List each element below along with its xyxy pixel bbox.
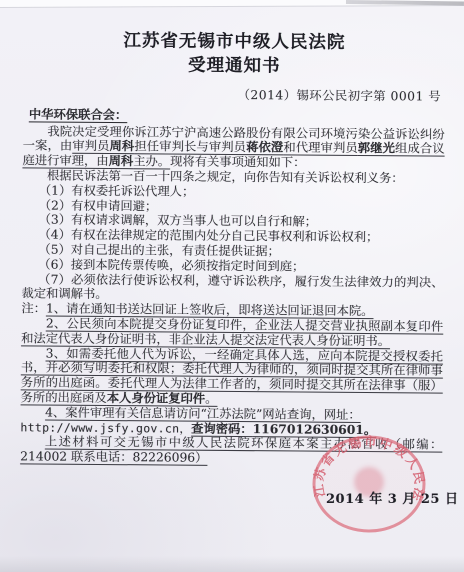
text-segment: 2、公民须向本院提交身份证复印件，企业法人提交营业执照副本复印件和法定代表人身份… — [21, 316, 443, 348]
text-segment: （2）有权申请回避； — [39, 198, 158, 213]
text-segment: 蒋依澄 — [246, 139, 283, 154]
document-body: 我院决定受理你诉江苏宁沪高速公路股份有限公司环境污染公益诉讼纠纷一案，由审判员周… — [20, 124, 445, 468]
note-3: 3、如需委托他人代为诉讼，一经确定具体人选，应向本院提交授权委托书，并必须写明委… — [21, 346, 443, 409]
text-segment: 。 — [205, 392, 217, 406]
document-title: 受理通知书 — [23, 52, 445, 79]
text-segment: （4）有权在法律规定的范围内处分自己民事权利和诉讼权利； — [38, 228, 378, 245]
text-segment: http://www.jsfy.gov.cn， — [20, 420, 191, 435]
notice-document: 江苏省无锡市中级人民法院 受理通知书 （2014）锡环公民初字第 0001 号 … — [0, 0, 464, 572]
text-segment: （1）有权委托诉讼代理人； — [39, 183, 194, 198]
text-segment: 周科 — [109, 138, 134, 153]
text-segment: 3、如需委托他人代为诉讼，一经确定具体人选，应向本院提交授权委托书，并必须写明委… — [21, 346, 443, 405]
text-segment: 和代理审判员 — [283, 141, 358, 156]
text-segment: 本人身份证复印件 — [107, 390, 206, 406]
text-segment: 周科 — [109, 153, 134, 168]
text-segment: （6）接到本院传票传唤，必须按指定时间到庭； — [38, 257, 304, 273]
court-name: 江苏省无锡市中级人民法院 — [23, 28, 445, 55]
text-segment: 1、请在通知书送达回证上签收后，即将送达回证退回本院。 — [46, 302, 374, 319]
text-segment: （3）有权请求调解，双方当事人也可以自行和解； — [39, 213, 317, 229]
acceptance-paragraph: 我院决定受理你诉江苏宁沪高速公路股份有限公司环境污染公益诉讼纠纷一案，由审判员周… — [22, 124, 444, 172]
text-segment: 查询密码： — [191, 420, 253, 435]
scan-edge-bottom — [0, 556, 464, 572]
issue-date: 2014 年 3 月 25 日 — [326, 488, 458, 507]
text-segment: 现将有关事项通知如下： — [170, 155, 305, 170]
case-number: （2014）锡环公民初字第 0001 号 — [23, 86, 445, 104]
text-segment: 主办。 — [133, 154, 170, 168]
text-segment: 担任审判长与审判员 — [134, 140, 246, 155]
text-segment: 1167012630601。 — [253, 421, 377, 437]
text-segment: 4、案件审理有关信息请访问“江苏法院”网站查询，网址： — [45, 405, 361, 421]
text-segment: 郭继光 — [358, 140, 395, 155]
text-segment: 注： — [21, 302, 46, 316]
text-segment: 审判员 — [72, 139, 109, 153]
note-2: 2、公民须向本院提交身份证复印件，企业法人提交营业执照副本复印件和法定代表人身份… — [21, 316, 443, 349]
text-segment: （5）对自己提出的主张，有责任提供证据； — [38, 242, 280, 258]
addressee-line: 中华环保联合会： — [23, 107, 445, 125]
note-delivery: 上述材料可交无锡市中级人民法院环保庭本案主办法官收（邮编：214002 联系电话… — [20, 435, 442, 468]
text-segment: 上述材料可交无锡市中级人民法院环保庭本案主办法官收（邮编：214002 联系电话… — [20, 435, 442, 465]
addressee-name: 中华环保联合会： — [29, 106, 128, 122]
text-segment: （7）必须依法行使诉讼权利，遵守诉讼秩序，履行发生法律效力的判决、裁定和调解书。 — [21, 272, 443, 301]
right-item-7: （7）必须依法行使诉讼权利，遵守诉讼秩序，履行发生法律效力的判决、裁定和调解书。 — [21, 272, 443, 305]
